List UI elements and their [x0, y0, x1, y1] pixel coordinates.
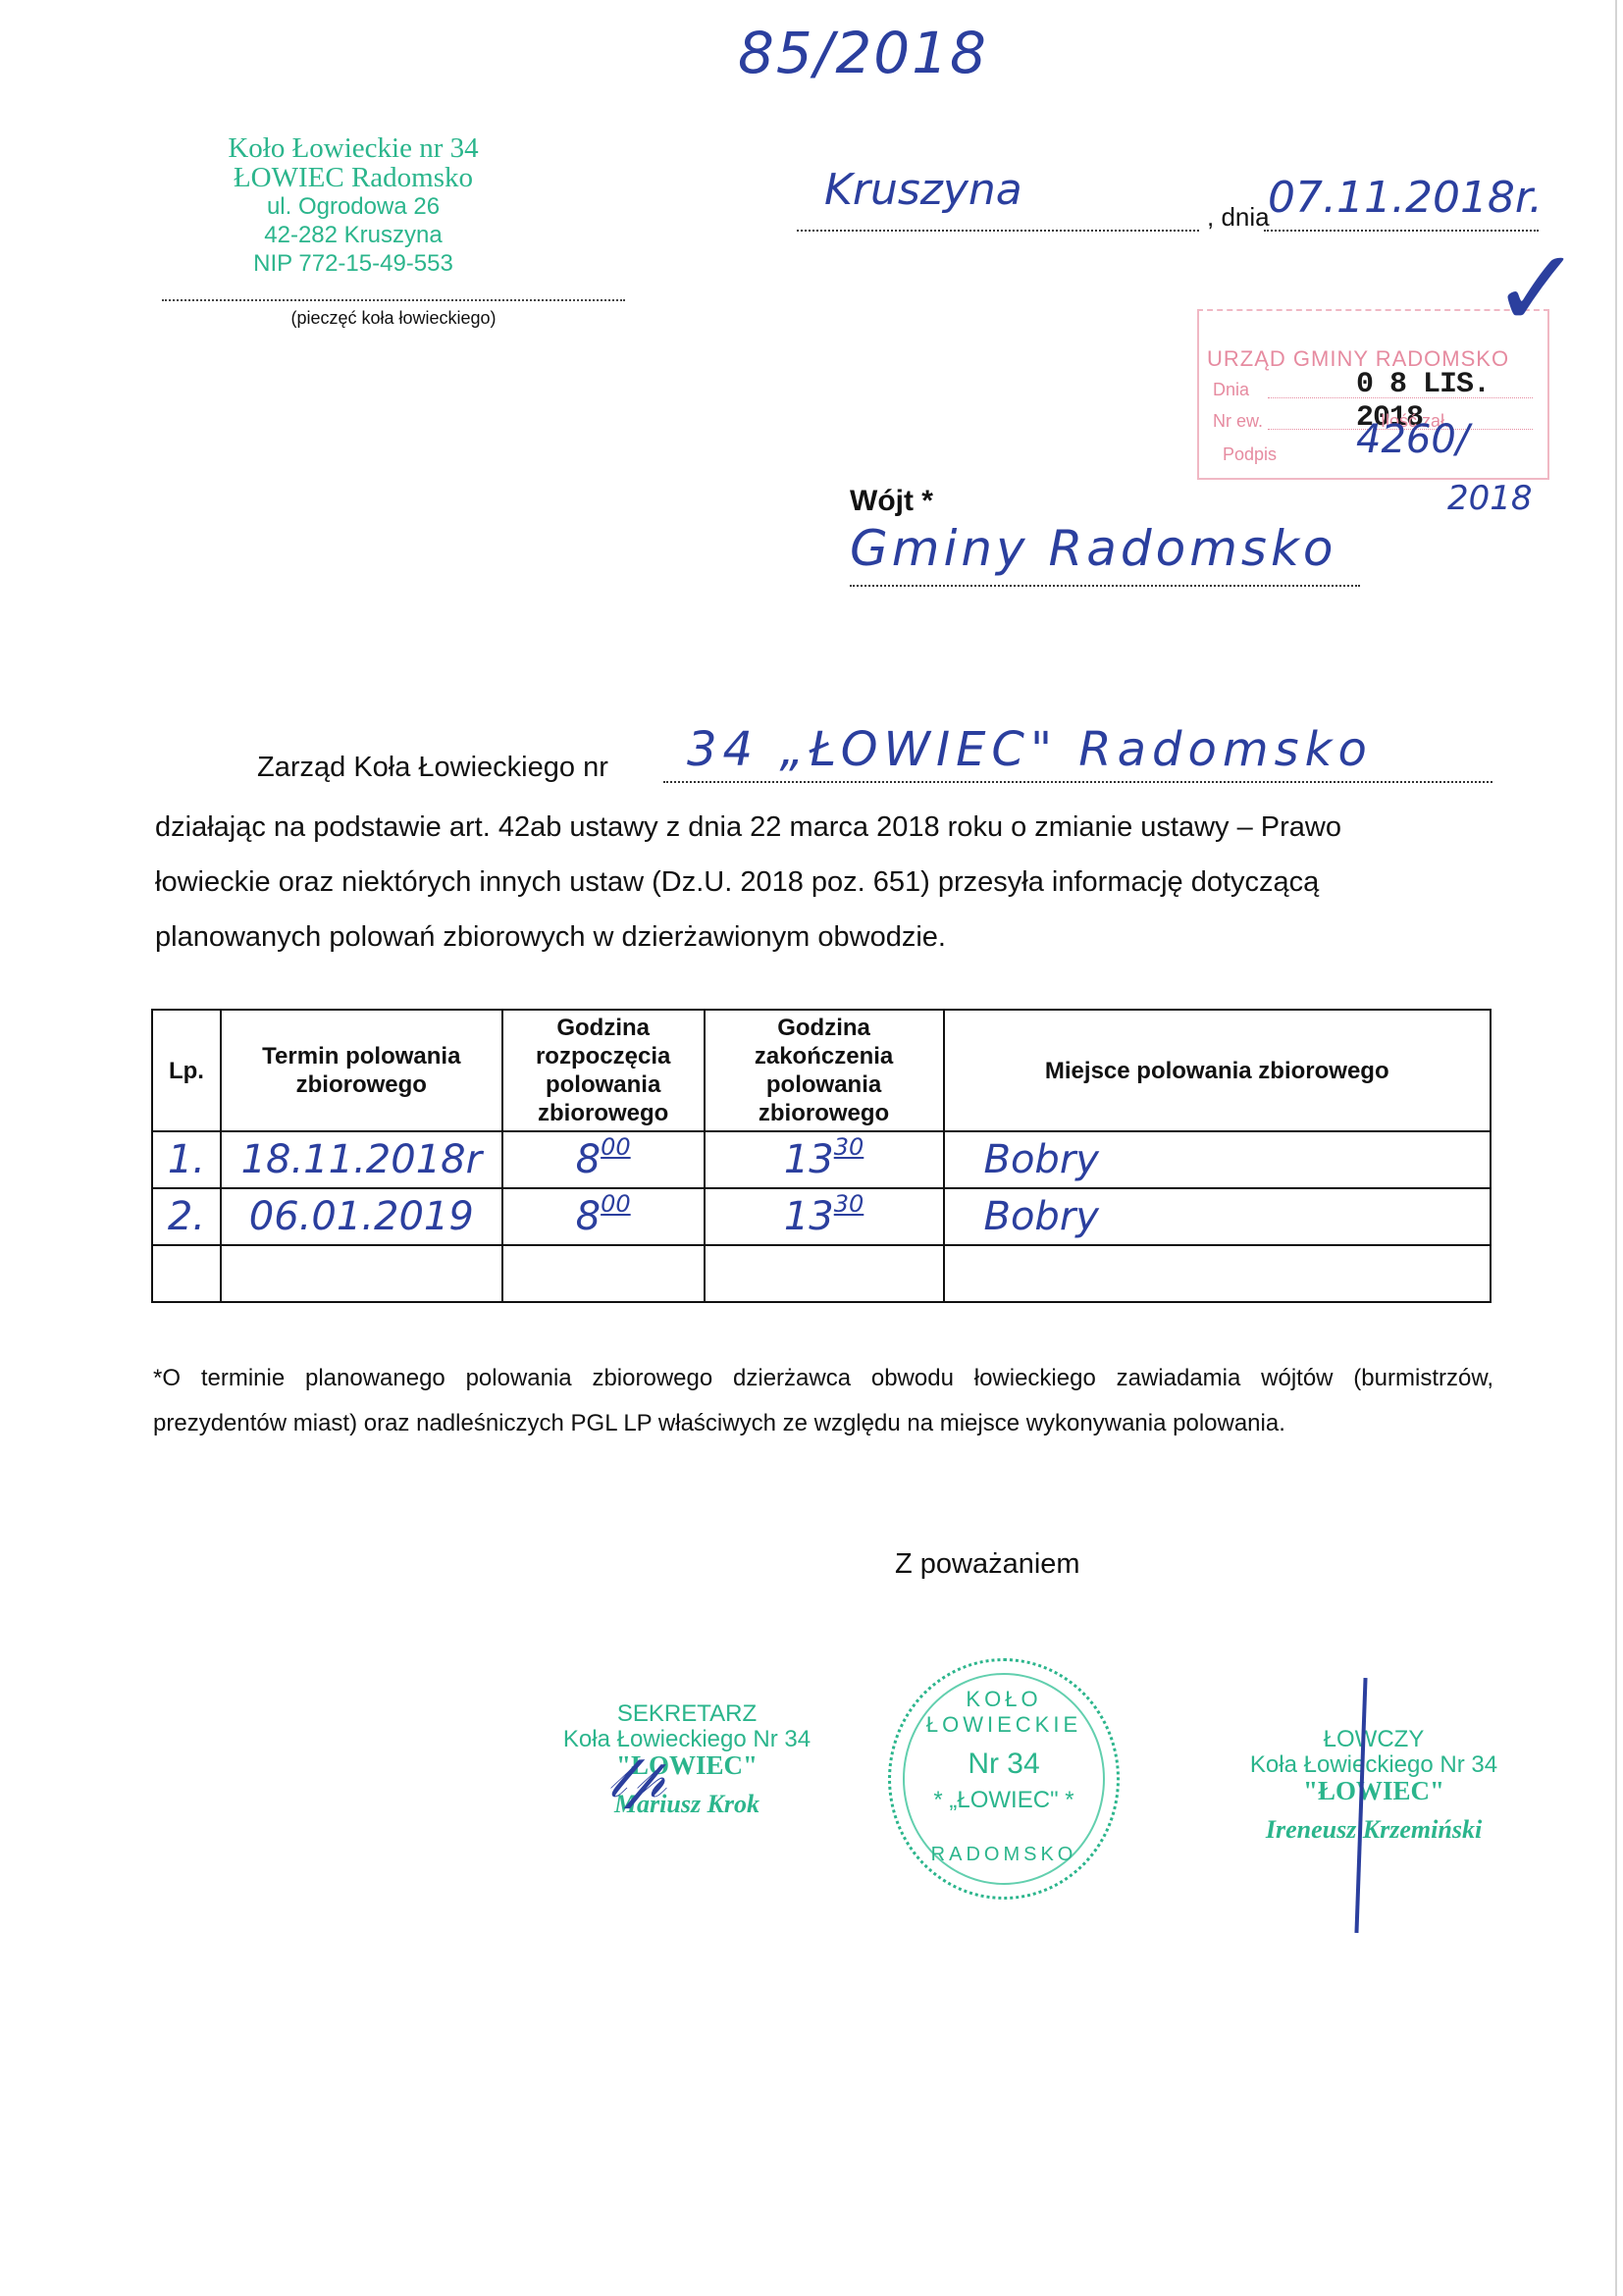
club-name-handwritten: 34 „ŁOWIEC" Radomsko: [687, 722, 1373, 777]
row-lp: [152, 1245, 221, 1302]
start-minute: 00: [601, 1190, 631, 1218]
start-hour: 8: [576, 1137, 601, 1182]
row-end-time: [705, 1245, 944, 1302]
row-date: [221, 1245, 502, 1302]
start-hour: 8: [576, 1194, 601, 1239]
header-lp: Lp.: [152, 1010, 221, 1131]
scan-edge: [1615, 0, 1617, 2296]
end-hour: 13: [784, 1137, 834, 1182]
secretary-club-name: "ŁOWIEC": [530, 1752, 844, 1778]
registry-year: 2018: [1447, 479, 1533, 518]
row-end-time: 1330: [705, 1188, 944, 1245]
row-start-time: 800: [502, 1188, 705, 1245]
round-stamp-name: * „ŁOWIEC" *: [891, 1787, 1117, 1814]
secretary-club: Koła Łowieckiego Nr 34: [530, 1727, 844, 1752]
registry-podpis-label: Podpis: [1223, 444, 1277, 465]
hunter-stamp: ŁOWCZY Koła Łowieckiego Nr 34 "ŁOWIEC" I…: [1207, 1727, 1541, 1843]
header-place: Miejsce polowania zbiorowego: [944, 1010, 1491, 1131]
intro-line-3: planowanych polowań zbiorowych w dzierża…: [155, 920, 946, 954]
club-stamp-nip: NIP 772-15-49-553: [167, 249, 540, 278]
stamp-caption: (pieczęć koła łowieckiego): [162, 308, 625, 329]
hunts-table: Lp. Termin polowania zbiorowego Godzina …: [151, 1009, 1492, 1303]
secretary-signature-icon: 𝓁𝓅: [608, 1747, 666, 1811]
start-minute: 00: [601, 1133, 631, 1161]
end-minute: 30: [834, 1190, 864, 1218]
intro-line-1: działając na podstawie art. 42ab ustawy …: [155, 810, 1341, 844]
hunter-club-name: "ŁOWIEC": [1207, 1778, 1541, 1803]
hunter-role: ŁOWCZY: [1207, 1727, 1541, 1752]
reference-number: 85/2018: [738, 20, 988, 86]
row-lp: 1.: [152, 1131, 221, 1188]
row-lp: 2.: [152, 1188, 221, 1245]
end-hour: 13: [784, 1194, 834, 1239]
round-stamp-top: KOŁO ŁOWIECKIE: [891, 1687, 1117, 1738]
table-header-row: Lp. Termin polowania zbiorowego Godzina …: [152, 1010, 1491, 1131]
row-start-time: [502, 1245, 705, 1302]
registry-number: 4260/: [1356, 417, 1469, 462]
table-row: 2. 06.01.2019 800 1330 Bobry: [152, 1188, 1491, 1245]
club-stamp-line2: ŁOWIEC Radomsko: [167, 163, 540, 192]
secretary-role: SEKRETARZ: [530, 1701, 844, 1727]
round-stamp-number: Nr 34: [891, 1748, 1117, 1781]
table-row-empty: [152, 1245, 1491, 1302]
row-start-time: 800: [502, 1131, 705, 1188]
intro-line-2: łowieckie oraz niektórych innych ustaw (…: [155, 865, 1319, 899]
date-value: 07.11.2018r.: [1268, 173, 1543, 223]
header-date: Termin polowania zbiorowego: [221, 1010, 502, 1131]
secretary-stamp: SEKRETARZ Koła Łowieckiego Nr 34 "ŁOWIEC…: [530, 1701, 844, 1817]
row-end-time: 1330: [705, 1131, 944, 1188]
place-value: Kruszyna: [824, 165, 1022, 215]
check-mark-icon: ✓: [1492, 226, 1582, 351]
round-stamp-bottom: RADOMSKO: [891, 1844, 1117, 1866]
row-place: Bobry: [944, 1131, 1491, 1188]
secretary-name: Mariusz Krok: [530, 1792, 844, 1817]
club-round-stamp: KOŁO ŁOWIECKIE Nr 34 * „ŁOWIEC" * RADOMS…: [888, 1658, 1120, 1900]
hunter-name: Ireneusz Krzemiński: [1207, 1817, 1541, 1843]
row-date: 06.01.2019: [221, 1188, 502, 1245]
recipient-label: Wójt *: [850, 485, 933, 518]
table-row: 1. 18.11.2018r 800 1330 Bobry: [152, 1131, 1491, 1188]
header-start-time: Godzina rozpoczęcia polowania zbiorowego: [502, 1010, 705, 1131]
club-stamp-city: 42-282 Kruszyna: [167, 221, 540, 249]
intro-label: Zarząd Koła Łowieckiego nr: [257, 752, 608, 784]
row-place: [944, 1245, 1491, 1302]
recipient-name: Gminy Radomsko: [850, 520, 1337, 577]
row-date: 18.11.2018r: [221, 1131, 502, 1188]
end-minute: 30: [834, 1133, 864, 1161]
hunter-club: Koła Łowieckiego Nr 34: [1207, 1752, 1541, 1778]
footnote: *O terminie planowanego polowania zbioro…: [153, 1356, 1493, 1446]
club-header-stamp: Koło Łowieckie nr 34 ŁOWIEC Radomsko ul.…: [167, 133, 540, 278]
row-place: Bobry: [944, 1188, 1491, 1245]
stamp-dotted-line: [162, 299, 625, 301]
closing: Z poważaniem: [895, 1548, 1080, 1581]
registry-dnia-label: Dnia: [1213, 380, 1249, 400]
club-stamp-address: ul. Ogrodowa 26: [167, 192, 540, 221]
registry-nr-ew-label: Nr ew.: [1213, 411, 1263, 432]
date-label: , dnia: [1207, 202, 1270, 233]
registry-dnia-dots: [1268, 397, 1533, 398]
header-end-time: Godzina zakończenia polowania zbiorowego: [705, 1010, 944, 1131]
club-stamp-line1: Koło Łowieckie nr 34: [167, 133, 540, 163]
